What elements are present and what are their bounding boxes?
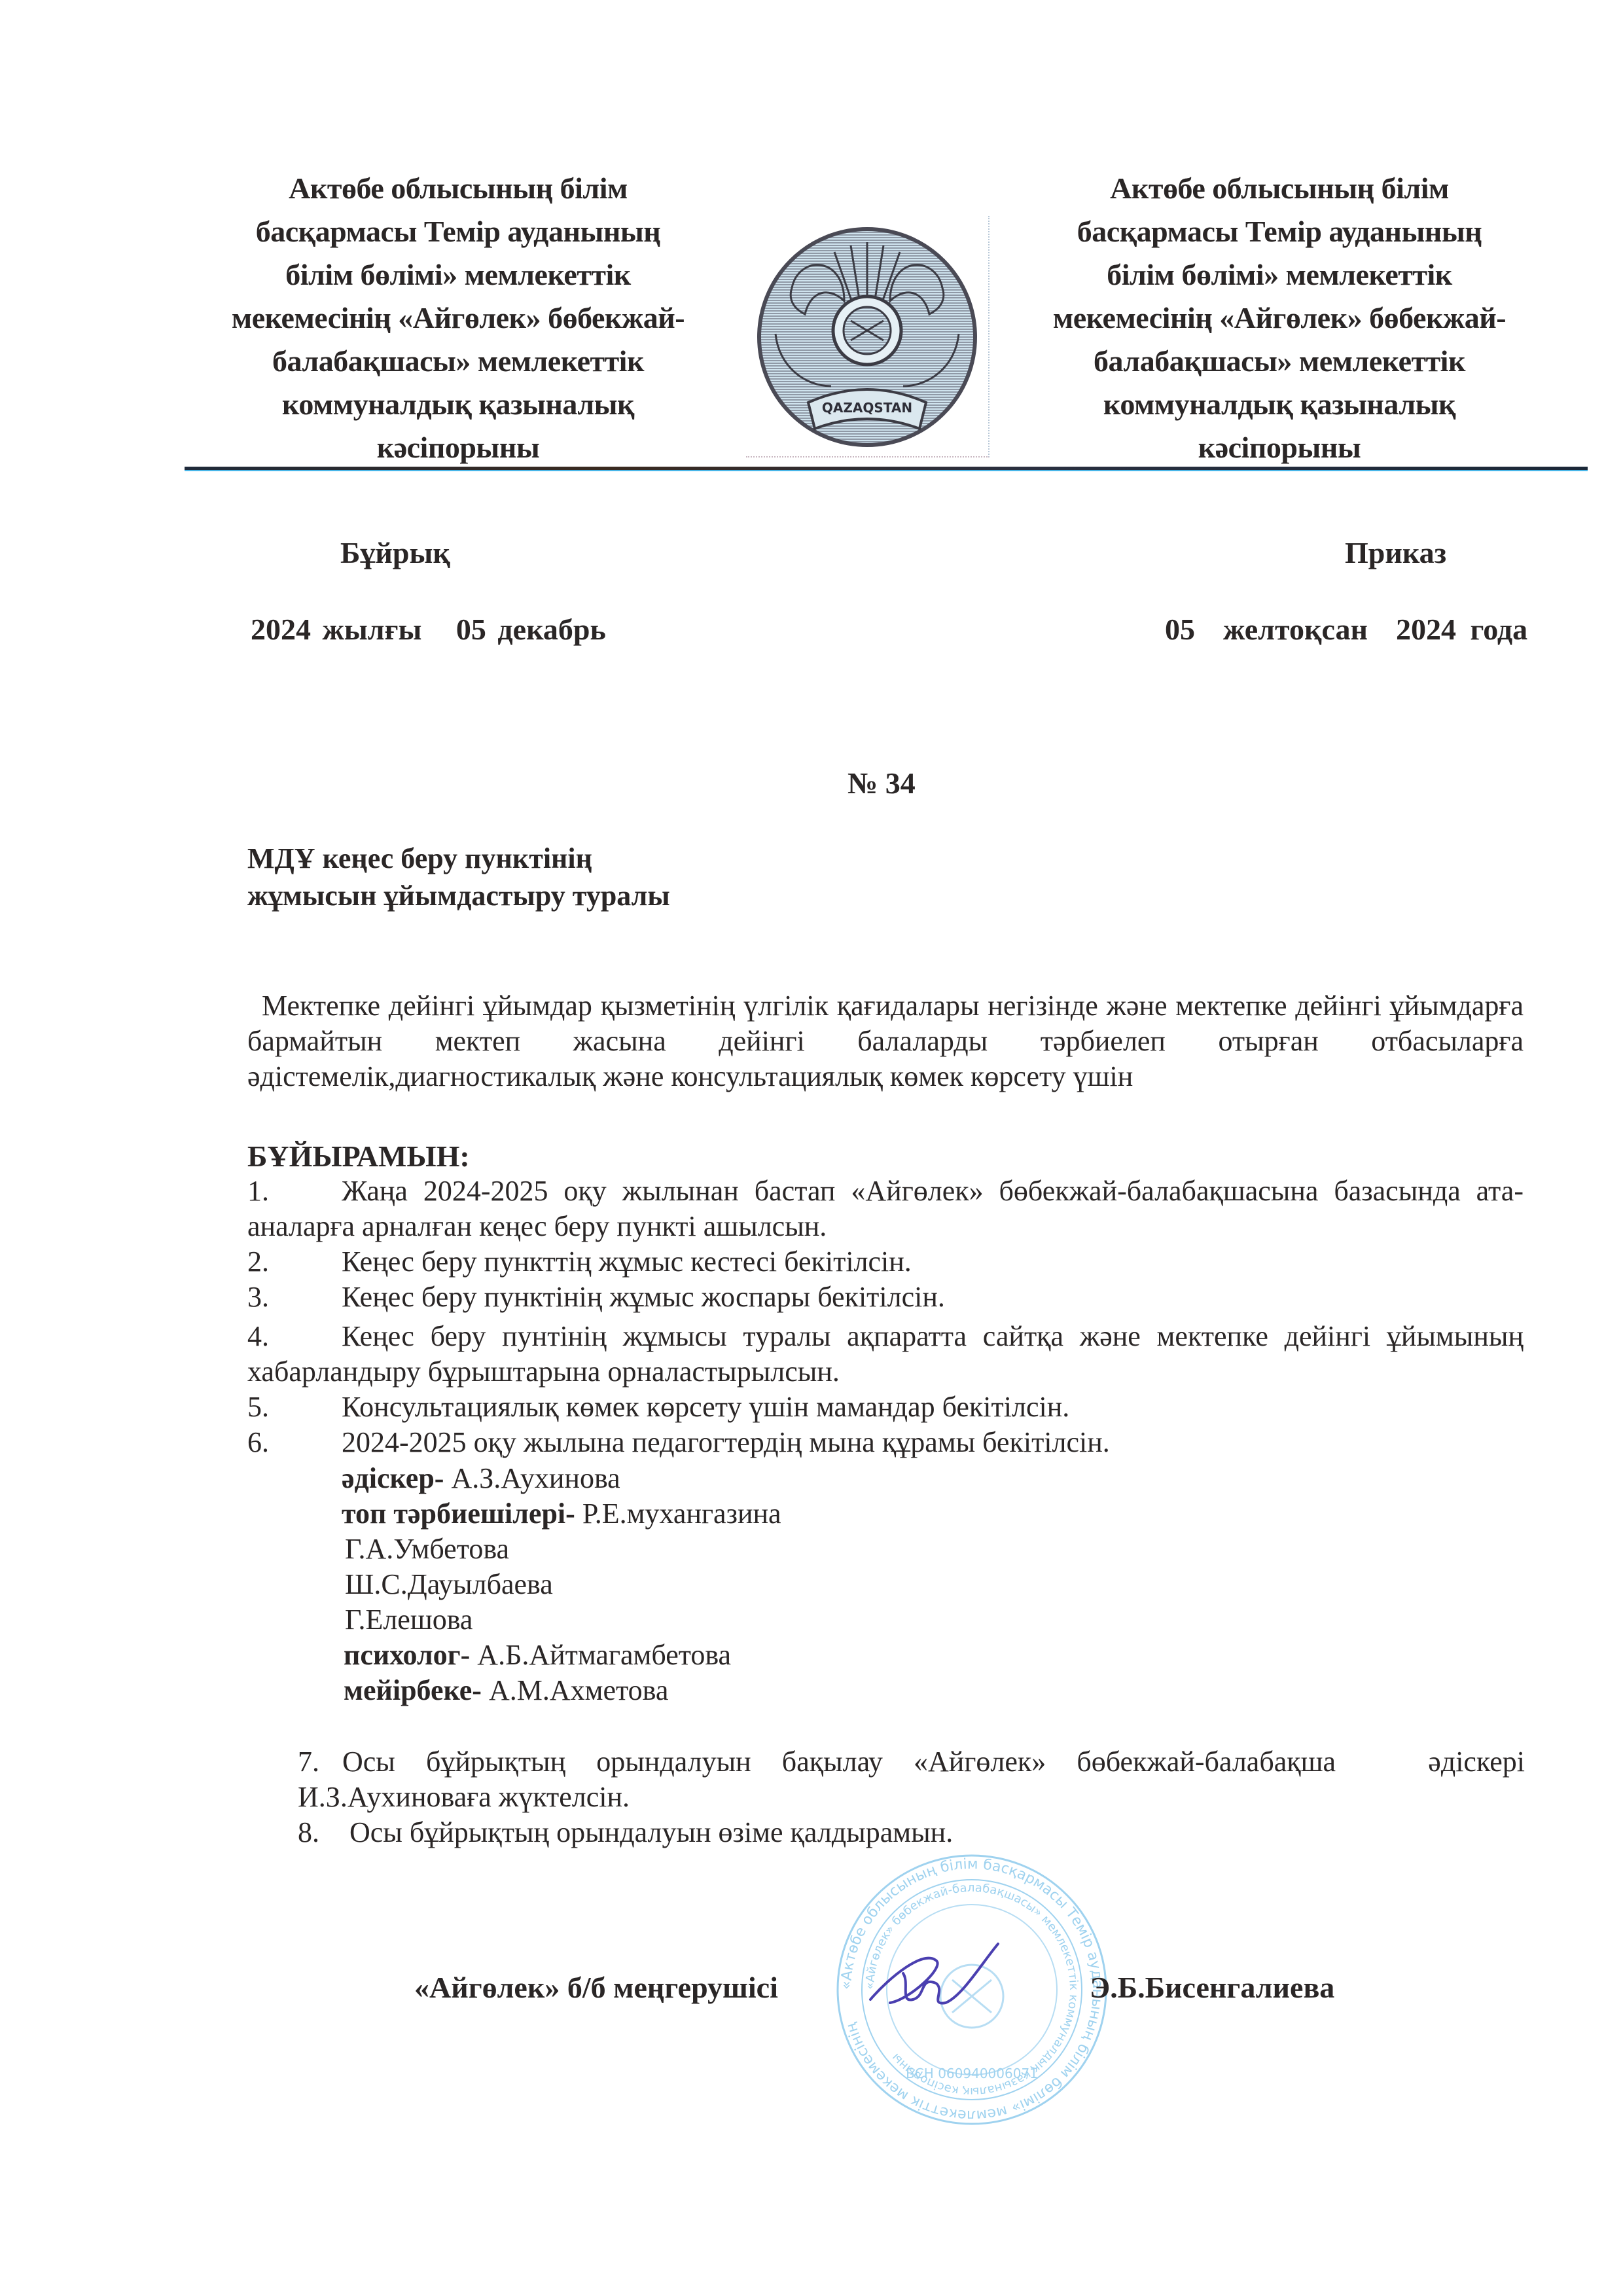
item-text: Консультациялық көмек көрсету үшін маман… [342, 1391, 1069, 1423]
order-item-1: 1.Жаңа 2024-2025 оқу жылынан бастап «Айг… [247, 1174, 1524, 1244]
item-text: Кеңес беру пунтінің жұмысы туралы ақпара… [247, 1320, 1524, 1388]
staff-role: әдіскер- [342, 1462, 444, 1494]
staff-teacher: Ш.С.Дауылбаева [345, 1567, 553, 1602]
staff-nurse: мейірбеке- А.М.Ахметова [344, 1673, 668, 1708]
handwritten-signature-icon [864, 1937, 1008, 2022]
item-text: Осы бұйрықтың орындалуын өзіме қалдырамы… [342, 1816, 953, 1848]
staff-teacher: Г.Елешова [345, 1602, 473, 1638]
order-item-3: 3.Кеңес беру пунктінің жұмыс жоспары бек… [247, 1280, 1524, 1315]
org-line: коммуналдық қазыналық [1031, 383, 1528, 426]
org-line: мекемесінің «Айгөлек» бөбекжай- [1031, 296, 1528, 340]
order-item-6: 6.2024-2025 оқу жылына педагогтердің мын… [247, 1425, 1524, 1460]
order-item-8: 8. Осы бұйрықтың орындалуын өзіме қалдыр… [298, 1815, 1525, 1850]
org-line: коммуналдық қазыналық [209, 383, 707, 426]
staff-psychologist: психолог- А.Б.Айтмагамбетова [344, 1638, 731, 1673]
state-emblem-icon: QAZAQSTAN [746, 216, 988, 458]
staff-methodist: әдіскер- А.З.Аухинова [342, 1461, 620, 1496]
svg-text:QAZAQSTAN: QAZAQSTAN [822, 400, 912, 416]
org-line: Актөбе облысының білім [209, 167, 707, 210]
item-text: Кеңес беру пункттің жұмыс кестесі бекіті… [342, 1246, 912, 1278]
order-heading: БҰЙЫРАМЫН: [247, 1139, 470, 1174]
order-date-kz: 2024 жылғы 05 декабрь [251, 612, 606, 647]
staff-role: топ тәрбиешілері- [342, 1498, 575, 1530]
order-subject: МДҰ кеңес беру пунктінің жұмысын ұйымдас… [247, 840, 670, 914]
header-org-kz-right: Актөбе облысының білім басқармасы Темір … [1031, 167, 1528, 469]
item-text: Кеңес беру пунктінің жұмыс жоспары бекіт… [342, 1281, 945, 1313]
subject-line: МДҰ кеңес беру пунктінің [247, 840, 670, 877]
staff-name: Ш.С.Дауылбаева [345, 1568, 553, 1600]
org-line: Актөбе облысының білім [1031, 167, 1528, 210]
staff-role: мейірбеке- [344, 1674, 482, 1706]
item-number: 1. [247, 1174, 342, 1209]
org-line: білім бөлімі» мемлекеттік [1031, 253, 1528, 296]
item-text: Жаңа 2024-2025 оқу жылынан бастап «Айгөл… [247, 1175, 1524, 1242]
org-line: балабақшасы» мемлекеттік [1031, 340, 1528, 383]
signatory-name: Э.Б.Бисенгалиева [1090, 1970, 1334, 2005]
order-item-5: 5.Консультациялық көмек көрсету үшін мам… [247, 1390, 1524, 1425]
staff-name: Р.Е.мухангазина [575, 1498, 781, 1530]
staff-name: Г.А.Умбетова [345, 1533, 509, 1565]
header-divider [185, 467, 1588, 470]
svg-text:БСН 060940006071: БСН 060940006071 [906, 2066, 1038, 2081]
staff-name: Г.Елешова [345, 1604, 473, 1636]
item-number: 5. [247, 1390, 342, 1425]
item-number: 3. [247, 1280, 342, 1315]
order-title-kz: Бұйрық [340, 535, 450, 570]
org-line: балабақшасы» мемлекеттік [209, 340, 707, 383]
order-date-ru: 05 желтоқсан 2024 года [1165, 612, 1527, 647]
org-line: басқармасы Темір ауданының [1031, 210, 1528, 253]
item-text: 2024-2025 оқу жылына педагогтердің мына … [342, 1426, 1110, 1458]
order-number: № 34 [847, 766, 916, 800]
org-line: білім бөлімі» мемлекеттік [209, 253, 707, 296]
order-item-2: 2.Кеңес беру пункттің жұмыс кестесі бекі… [247, 1244, 1524, 1280]
staff-teacher: Г.А.Умбетова [345, 1532, 509, 1567]
order-item-7: 7.Осы бұйрықтың орындалуын бақылау «Айгө… [298, 1744, 1525, 1815]
subject-line: жұмысын ұйымдастыру туралы [247, 877, 670, 914]
item-number: 4. [247, 1319, 342, 1354]
item-number: 8. [298, 1815, 342, 1850]
org-line: басқармасы Темір ауданының [209, 210, 707, 253]
order-title-ru: Приказ [1345, 535, 1446, 570]
staff-group-teachers: топ тәрбиешілері- Р.Е.мухангазина [342, 1496, 781, 1532]
org-line: кәсіпорыны [1031, 426, 1528, 469]
order-item-4: 4.Кеңес беру пунтінің жұмысы туралы ақпа… [247, 1319, 1524, 1390]
signatory-title: «Айгөлек» б/б меңгерушісі [414, 1970, 778, 2005]
header-org-kz-left: Актөбе облысының білім басқармасы Темір … [209, 167, 707, 469]
item-number: 7. [298, 1744, 342, 1780]
item-number: 2. [247, 1244, 342, 1280]
staff-name: А.М.Ахметова [482, 1674, 668, 1706]
item-text: Осы бұйрықтың орындалуын бақылау «Айгөле… [298, 1746, 1532, 1813]
preamble-paragraph: Мектепке дейінгі ұйымдар қызметінің үлгі… [247, 988, 1524, 1094]
staff-name: А.Б.Айтмагамбетова [470, 1639, 731, 1671]
staff-role: психолог- [344, 1639, 470, 1671]
org-line: мекемесінің «Айгөлек» бөбекжай- [209, 296, 707, 340]
item-number: 6. [247, 1425, 342, 1460]
org-line: кәсіпорыны [209, 426, 707, 469]
staff-name: А.З.Аухинова [444, 1462, 620, 1494]
